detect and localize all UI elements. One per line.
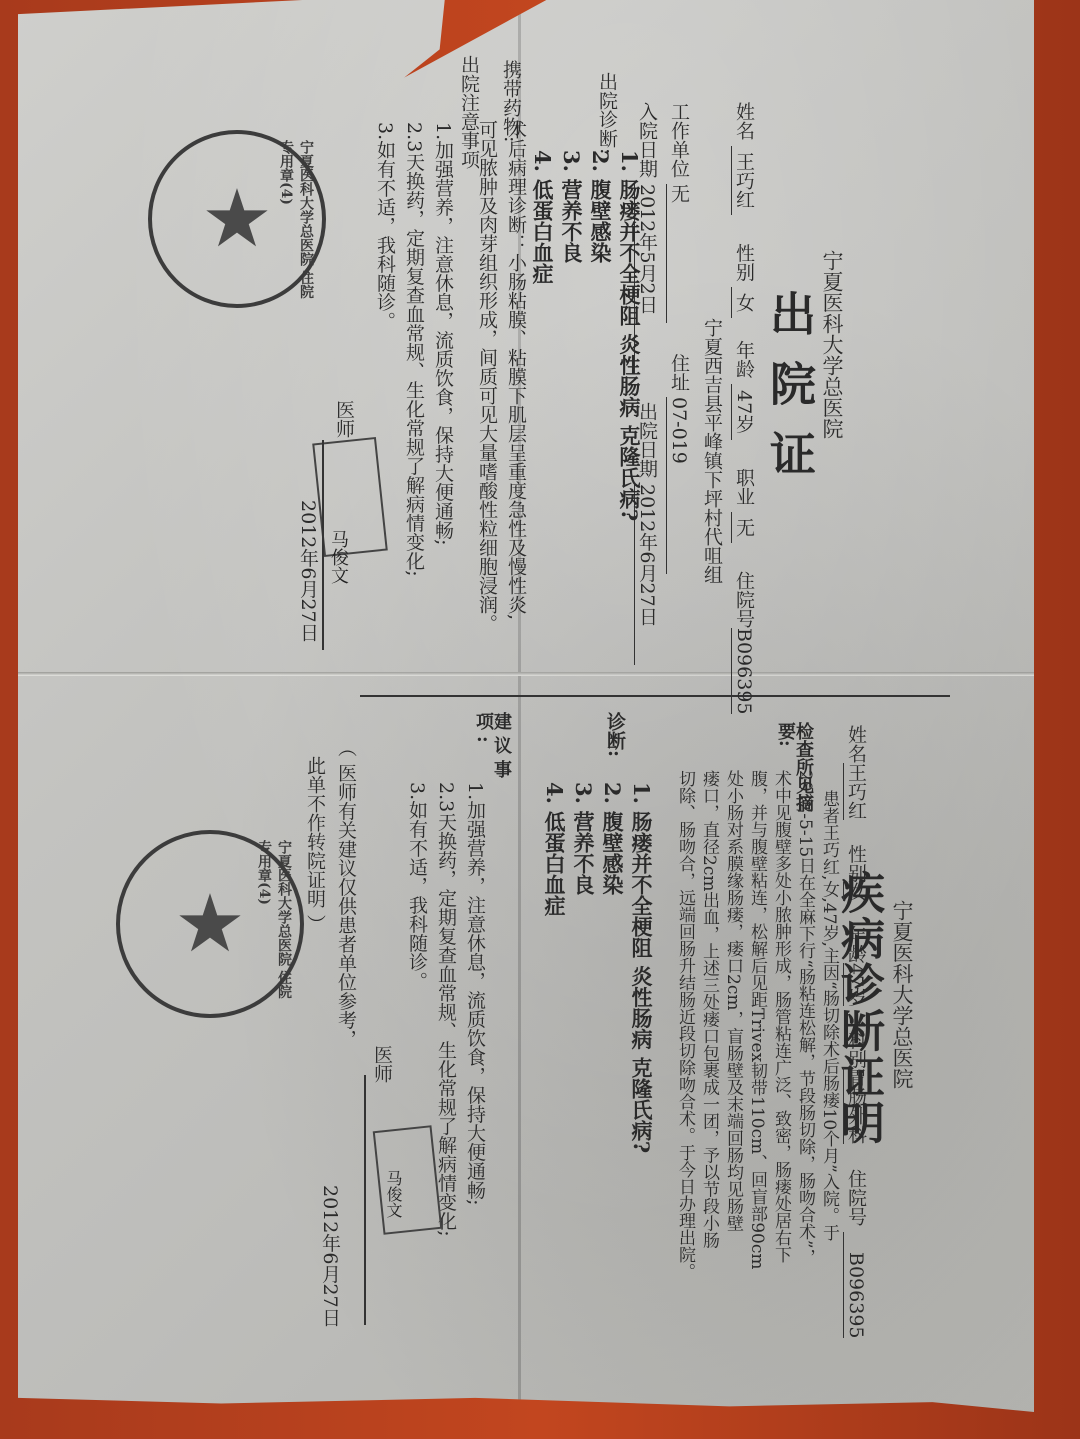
- patient-name: 王巧红: [731, 146, 753, 215]
- star-icon: ★: [174, 884, 246, 964]
- diagnosis-item: 3. 营养不良: [561, 150, 582, 650]
- findings-line: 处小肠对系膜缘肠瘘，瘘口2cm，盲肠壁及末端回肠均见肠壁: [724, 770, 741, 1340]
- cert-department: 胃肠外科: [843, 1068, 865, 1144]
- cert-doctor-label: 医师: [372, 1045, 391, 1083]
- cert-doctor-name-signed: 马俊文: [382, 1170, 405, 1218]
- discharge-notes-list: 1.加强营养，注意休息，流质饮食，保持大便通畅; 2.3天换药，定期复查血常规、…: [365, 122, 452, 682]
- note-item: 2.3天换药，定期复查血常规、生化常规了解病情变化;: [404, 122, 423, 682]
- discharge-diagnoses: 1. 肠瘘并不全梗阻 炎性肠病 克隆氏病? 2. 腹壁感染 3. 营养不良 4.…: [524, 150, 640, 650]
- note-item: 1.加强营养，注意休息，流质饮食，保持大便通畅;: [433, 122, 452, 682]
- disclaimer-line: （ 医师有关建议仅供患者单位参考，: [336, 738, 355, 1048]
- address-row: 宁夏西吉县平峰镇下坪村代咀组: [702, 40, 721, 660]
- cert-patient-sex: 女: [843, 882, 865, 901]
- fold-crease-horizontal: [18, 672, 1034, 676]
- doctor-name-signed: 马俊文: [325, 530, 351, 584]
- findings-line: 瘘口，直径2cm出血，上述三处瘘口包裹成一团，予以节段小肠: [700, 770, 717, 1340]
- cert-diagnosis-label: 诊断:: [605, 712, 624, 757]
- cert-diagnoses: 1. 肠瘘并不全梗阻 炎性肠病 克隆氏病? 2. 腹壁感染 3. 营养不良 4.…: [536, 782, 652, 1153]
- work-unit-row: 工作单位 无 住址 07-019: [666, 40, 688, 660]
- cert-diagnosis-item: 1. 肠瘘并不全梗阻 炎性肠病 克隆氏病?: [631, 782, 652, 1153]
- cert-sign-date: 2012年6月27日: [320, 1185, 339, 1327]
- cert-signature-line: [364, 1075, 366, 1325]
- certificate-form: 宁夏医科大学总医院: [891, 900, 912, 1089]
- patient-age: 47岁: [731, 384, 753, 439]
- findings-line: 2012-5-15日在全麻下行“肠粘连松解，节段肠切除，肠吻合术”，: [796, 770, 813, 1340]
- cert-hospital-name: 宁夏医科大学总医院: [891, 900, 912, 1089]
- cert-patient-info-row: 姓名王巧红 性别女 年龄47岁 科别胃肠外科 住院号 B096395: [843, 725, 865, 1338]
- findings-line: 腹，并与腹壁粘连，松解后见距Trivex韧带110cm、回盲部90cm: [748, 770, 765, 1340]
- star-icon: ★: [201, 179, 273, 259]
- medication-label: 携带药物:: [501, 60, 520, 142]
- pathology-line: 可见脓肿及肉芽组织形成，间质可见大量嗜酸性粒细胞浸润。: [477, 120, 496, 680]
- diagnosis-item: 2. 腹壁感染: [590, 150, 611, 650]
- findings-line: 切除、肠吻合，远端回肠升结肠近段切除吻合术。于今日办理出院。: [676, 770, 693, 1340]
- diagnosis-item: 4. 低蛋白血症: [532, 150, 553, 650]
- notes-label: 出院注意事项: [459, 55, 478, 675]
- findings-line: 患者王巧红,女,47岁,主因“肠切除术后肠瘘10个月”入院。于: [820, 770, 837, 1340]
- diagnosis-item: 1. 肠瘘并不全梗阻 炎性肠病 克隆氏病?: [619, 150, 640, 650]
- hospital-stamp: ★ 宁夏医科大学总医院 住院专用章(4): [148, 130, 326, 308]
- advice-item: 1.加强营养，注意休息，流质饮食，保持大便通畅;: [465, 782, 484, 1237]
- work-unit: 无: [666, 184, 688, 323]
- cert-patient-age: 47岁: [843, 963, 865, 1006]
- discharge-doctor-signature: 医师: [334, 400, 353, 438]
- divider-line: [360, 695, 950, 697]
- form-title: 出院证: [767, 40, 813, 660]
- findings-line: 术中见腹壁多处小脓肿形成，肠管粘连广泛、致密，肠瘘处居右下: [772, 770, 789, 1340]
- cert-patient-name: 王巧红: [843, 763, 865, 820]
- cert-disclaimer: （ 医师有关建议仅供患者单位参考， 此单不作转院证明 ）: [293, 738, 355, 1048]
- advice-item: 2.3天换药，定期复查血常规、生化常规了解病情变化;: [436, 782, 455, 1237]
- note-item: 3.如有不适，我科随诊。: [375, 122, 394, 682]
- cert-findings: 患者王巧红,女,47岁,主因“肠切除术后肠瘘10个月”入院。于 2012-5-1…: [669, 770, 837, 1340]
- cert-diagnosis-item: 3. 营养不良: [573, 782, 594, 1153]
- inpatient-number: B096395: [731, 628, 753, 715]
- cert-diagnosis-item: 2. 腹壁感染: [602, 782, 623, 1153]
- cert-inpatient-number: B096395: [843, 1232, 865, 1339]
- patient-info-row: 姓名 王巧红 性别 女 年龄 47岁 职业 无 住院号B096395: [731, 40, 753, 660]
- signature-line: [322, 440, 324, 650]
- ward-number: 07-019: [666, 397, 688, 574]
- patient-occupation: 无: [731, 512, 753, 543]
- pathology-line: 术后病理诊断：小肠粘膜、粘膜下肌层呈重度急性及慢性炎,: [506, 120, 525, 680]
- address: 宁夏西吉县平峰镇下坪村代咀组: [701, 318, 723, 584]
- patient-sex: 女: [731, 287, 753, 318]
- cert-diagnosis-item: 4. 低蛋白血症: [544, 782, 565, 1153]
- disclaimer-line: 此单不作转院证明 ）: [305, 738, 324, 1048]
- hospital-name: 宁夏医科大学总医院: [821, 40, 842, 660]
- cert-hospital-stamp: ★ 宁夏医科大学总医院 住院专用章(4): [116, 830, 304, 1018]
- discharge-sign-date: 2012年6月27日: [298, 500, 317, 642]
